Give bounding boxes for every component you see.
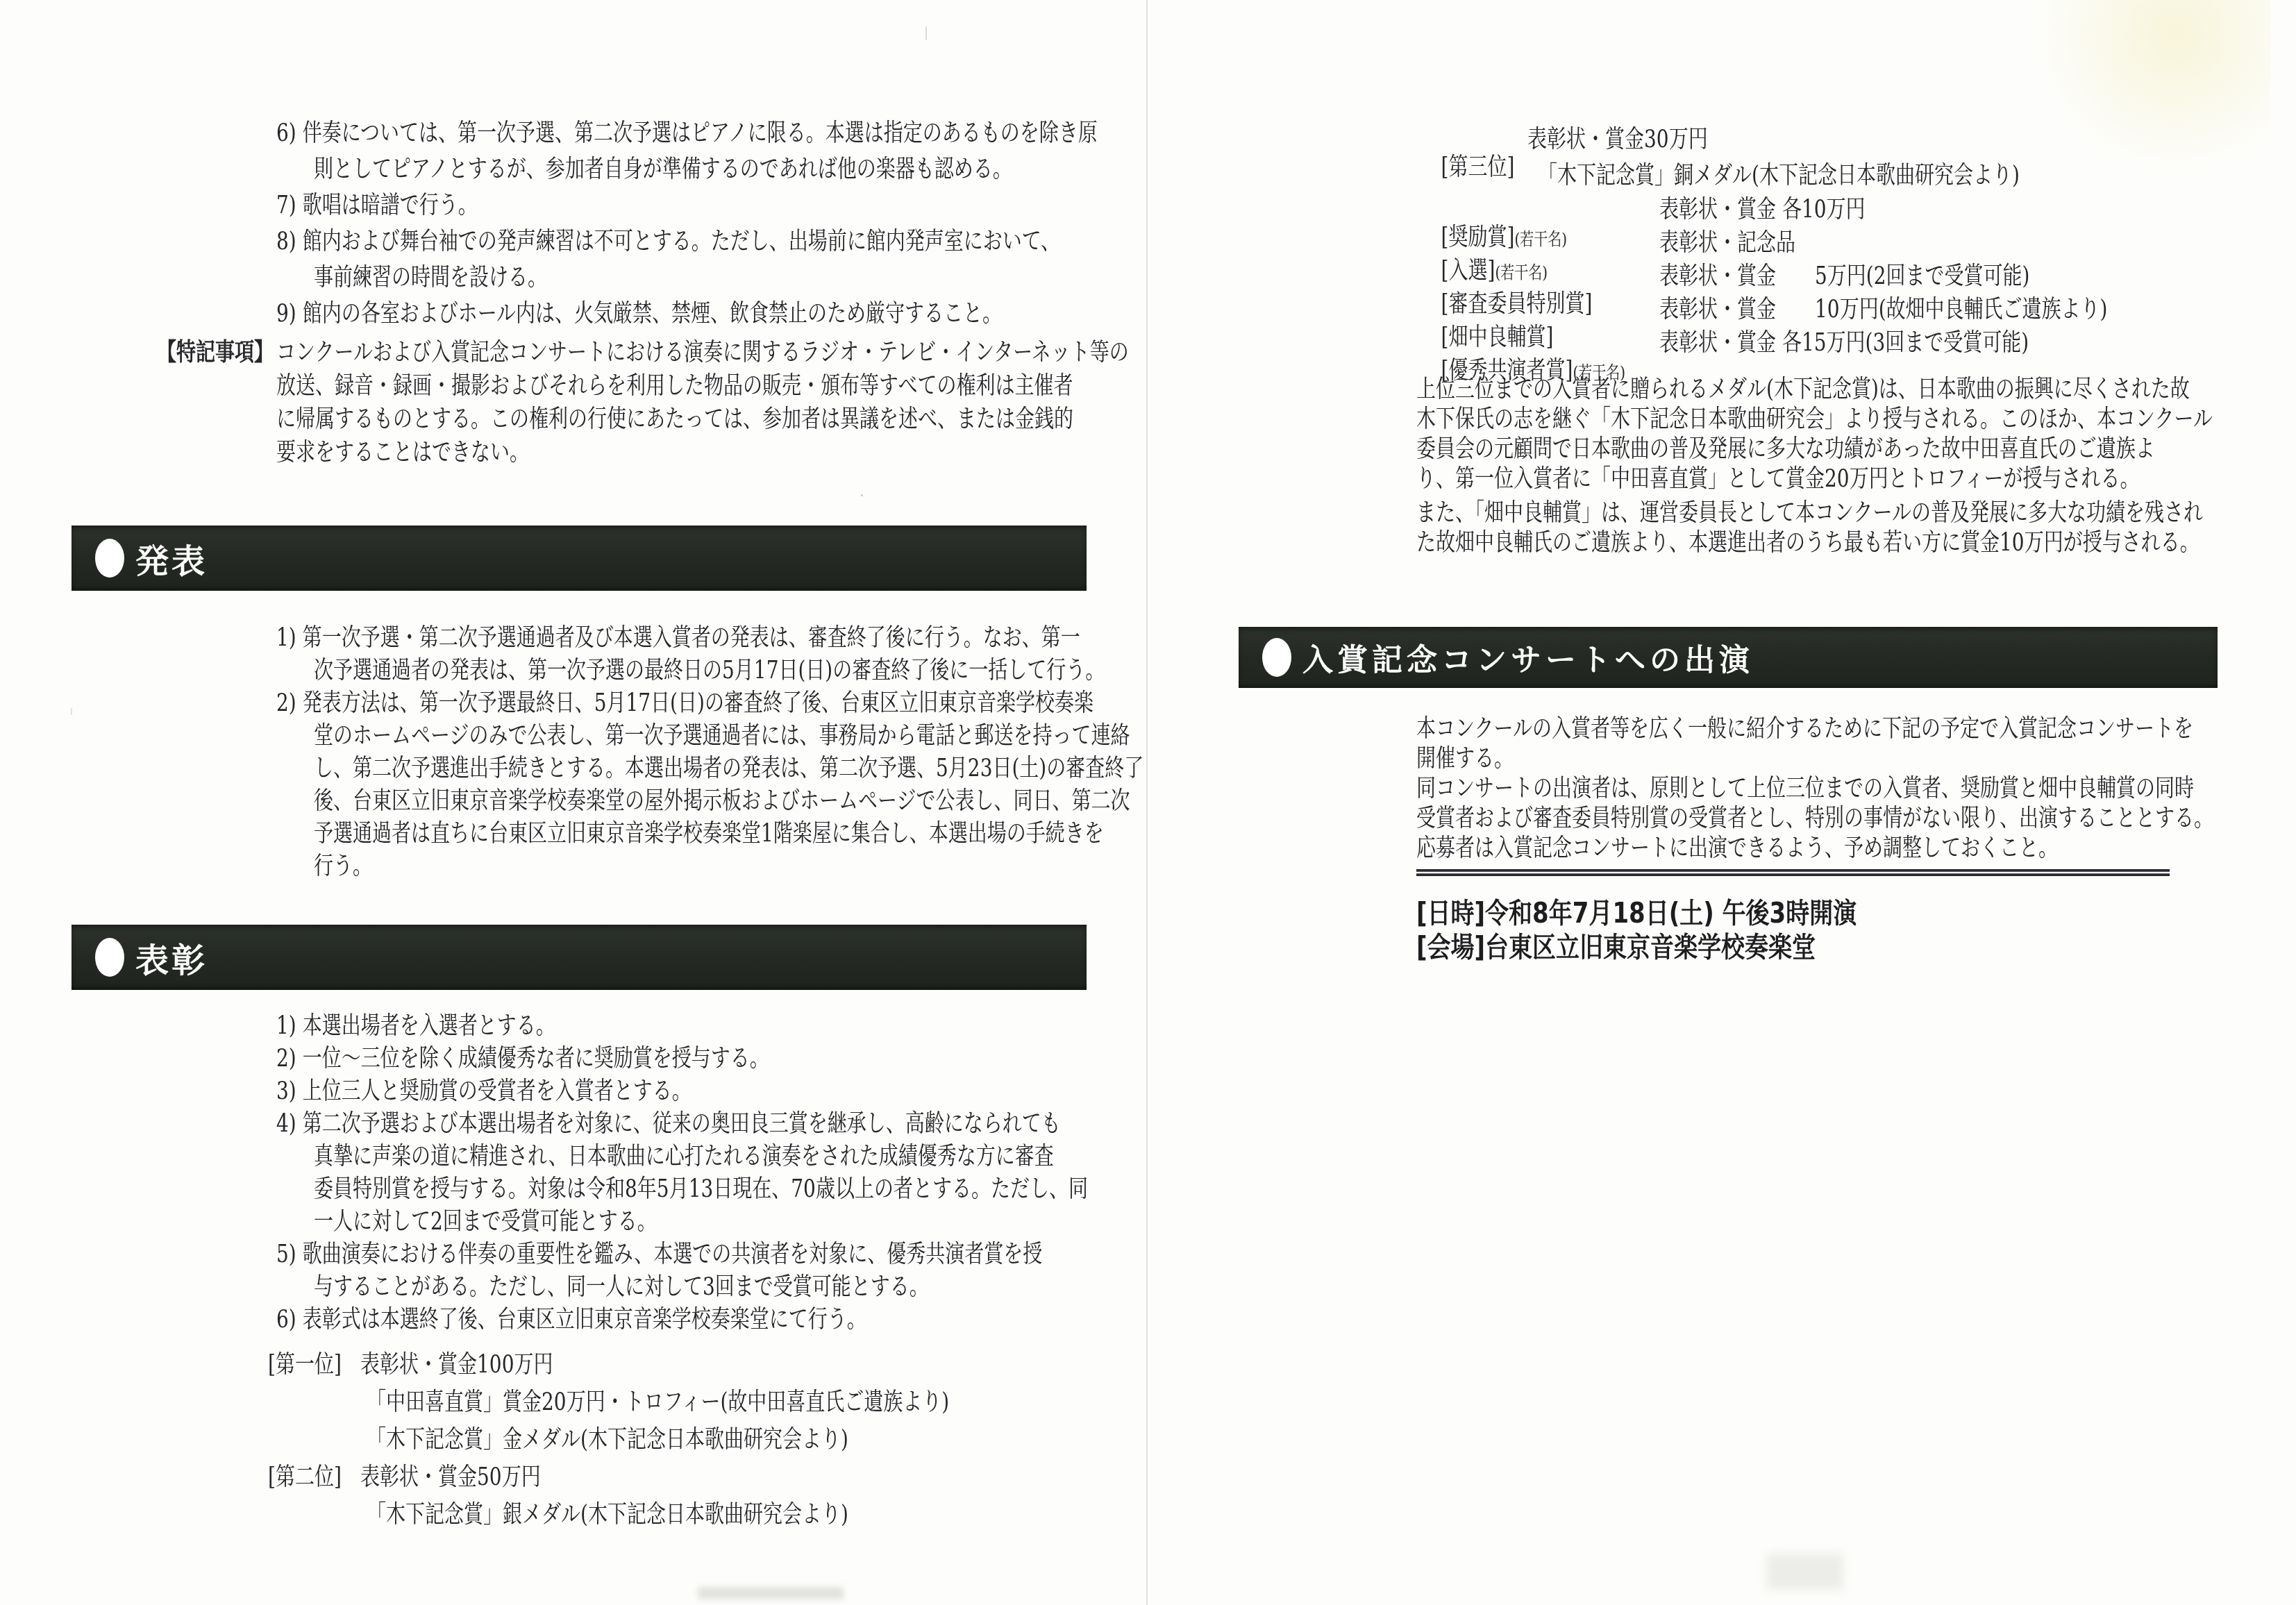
commendation-line: 4) 第二次予選および本選出場者を対象に、従来の奥田良三賞を継承し、高齢になられ… [276,1110,1061,1138]
announcement-line: 後、台東区立旧東京音楽学校奏楽堂の屋外掲示板およびホームページで公表し、同日、第… [314,787,1130,815]
scan-speck [861,494,863,496]
announcement-line: し、第二次予選進出手続きとする。本選出場者の発表は、第二次予選、5月23日(土)… [314,755,1143,782]
award-value: 「木下記念賞」銅メダル(木下記念日本歌曲研究会より) [1538,162,2020,190]
concert-line: 開催する。 [1416,745,1514,773]
rule-line: 事前練習の時間を設ける。 [314,264,547,292]
award-value: 「木下記念賞」金メダル(木下記念日本歌曲研究会より) [367,1426,848,1454]
bullet-icon [95,539,124,578]
award-label-second: [第二位] [268,1463,342,1491]
event-venue: [会場]台東区立旧東京音楽学校奏楽堂 [1416,925,1816,965]
award-value: 表彰状・賞金30万円 [1527,126,1708,153]
concert-line: 同コンサートの出演者は、原則として上位三位までの入賞者、奨励賞と畑中良輔賞の同時 [1416,775,2194,802]
section-title: 表彰 [135,934,208,982]
rule-line: 7) 歌唱は暗譜で行う。 [276,192,478,219]
commendation-line: 与することがある。ただし、同一人に対して3回まで受賞可能とする。 [314,1273,929,1301]
bullet-icon [1262,638,1291,677]
announcement-line: 2) 発表方法は、第一次予選最終日、5月17日(日)の審査終了後、台東区立旧東京… [276,689,1093,717]
scan-speck [71,708,72,715]
scan-smudge [1767,1554,1843,1590]
medal-paragraph-line: り、第一位入賞者に「中田喜直賞」として賞金20万円とトロフィーが授与される。 [1416,465,2139,493]
award-value: 表彰状・賞金 各10万円 [1659,196,1866,224]
commendation-line: 委員特別賞を授与する。対象は令和8年5月13日現在、70歳以上の者とする。ただし… [314,1175,1088,1203]
scan-smudge [2034,0,2270,174]
rule-line: 6) 伴奏については、第一次予選、第二次予選はピアノに限る。本選は指定のあるもの… [276,119,1098,147]
award-value: 表彰状・賞金 各15万円(3回まで受賞可能) [1659,329,2029,357]
scanned-document-page: 6) 伴奏については、第一次予選、第二次予選はピアノに限る。本選は指定のあるもの… [0,0,2296,1605]
special-note-line: コンクールおよび入賞記念コンサートにおける演奏に関するラジオ・テレビ・インターネ… [276,339,1129,367]
announcement-line: 堂のホームページのみで公表し、第一次予選通過者には、事務局から電話と郵送を持って… [314,722,1130,750]
hatanaka-paragraph-line: また、「畑中良輔賞」は、運営委員長として本コンクールの普及発展に多大な功績を残さ… [1416,499,2203,527]
announcement-line: 1) 第一次予選・第二次予選通過者及び本選入賞者の発表は、審査終了後に行う。なお… [276,624,1080,652]
rule-line: 則としてピアノとするが、参加者自身が準備するのであれば他の楽器も認める。 [314,156,1012,183]
section-header-concert: 入賞記念コンサートへの出演 [1239,627,2218,688]
award-label-first: [第一位] [268,1351,342,1379]
award-value: 表彰状・賞金 5万円(2回まで受賞可能) [1659,262,2029,290]
award-value: 「木下記念賞」銀メダル(木下記念日本歌曲研究会より) [367,1501,848,1529]
award-value: 「中田喜直賞」賞金20万円・トロフィー(故中田喜直氏ご遺族より) [367,1388,949,1416]
announcement-line: 次予選通過者の発表は、第一次予選の最終日の5月17日(日)の審査終了後に一括して… [314,657,1105,684]
special-note-line: に帰属するものとする。この権利の行使にあたっては、参加者は異議を述べ、または金銭… [276,405,1073,433]
award-value: 表彰状・賞金 10万円(故畑中良輔氏ご遺族より) [1659,296,2107,323]
section-title: 発表 [135,535,208,582]
announcement-line: 行う。 [314,852,372,880]
commendation-line: 3) 上位三人と奨励賞の受賞者を入賞者とする。 [276,1077,692,1105]
commendation-line: 1) 本選出場者を入選者とする。 [276,1012,555,1040]
commendation-line: 5) 歌曲演奏における伴奏の重要性を鑑み、本選での共演者を対象に、優秀共演者賞を… [276,1241,1042,1268]
special-note-line: 放送、録音・録画・撮影およびそれらを利用した物品の販売・頒布等すべての権利は主催… [276,372,1073,400]
award-value: 表彰状・賞金50万円 [360,1463,541,1491]
medal-paragraph-line: 上位三位までの入賞者に贈られるメダル(木下記念賞)は、日本歌曲の振興に尽くされた… [1416,376,2190,403]
commendation-line: 真摯に声楽の道に精進され、日本歌曲に心打たれる演奏をされた成績優秀な方に審査 [314,1143,1054,1170]
bullet-icon [95,938,124,977]
section-title: 入賞記念コンサートへの出演 [1302,635,1754,680]
concert-line: 本コンクールの入賞者等を広く一般に紹介するために下記の予定で入賞記念コンサートを [1416,715,2193,743]
scan-speck [925,26,927,40]
medal-paragraph-line: 委員会の元顧問で日本歌曲の普及発展に多大な功績があった故中田喜直氏のご遺族よ [1416,435,2155,463]
concert-underlined-line: 応募者は入賞記念コンサートに出演できるよう、予め調整しておくこと。 [1416,834,2170,876]
section-header-commendation: 表彰 [72,925,1087,990]
announcement-line: 予選通過者は直ちに台東区立旧東京音楽学校奏楽堂1階楽屋に集合し、本選出場の手続き… [314,820,1104,848]
scan-smudge [698,1587,844,1599]
rule-line: 8) 館内および舞台袖での発声練習は不可とする。ただし、出場前に館内発声室におい… [276,228,1060,255]
award-value: 表彰状・賞金100万円 [360,1351,553,1379]
commendation-line: 2) 一位～三位を除く成績優秀な者に奨励賞を授与する。 [276,1045,769,1073]
commendation-line: 6) 表彰式は本選終了後、台東区立旧東京音楽学校奏楽堂にて行う。 [276,1306,866,1334]
special-note-label: 【特記事項】 [157,339,274,367]
award-value: 表彰状・記念品 [1659,229,1795,257]
rule-line: 9) 館内の各室およびホール内は、火気厳禁、禁煙、飲食禁止のため厳守すること。 [276,300,1002,328]
special-note-line: 要求をすることはできない。 [276,439,529,467]
commendation-line: 一人に対して2回まで受賞可能とする。 [314,1208,657,1236]
concert-line: 受賞者および審査委員特別賞の受賞者とし、特別の事情がない限り、出演することとする… [1416,805,2213,832]
page-fold-seam [1146,0,1148,1605]
medal-paragraph-line: 木下保氏の志を継ぐ「木下記念日本歌曲研究会」より授与される。このほか、本コンクー… [1416,405,2213,433]
section-header-announcement: 発表 [72,526,1087,591]
hatanaka-paragraph-line: た故畑中良輔氏のご遺族より、本選進出者のうち最も若い方に賞金10万円が授与される… [1416,529,2199,557]
